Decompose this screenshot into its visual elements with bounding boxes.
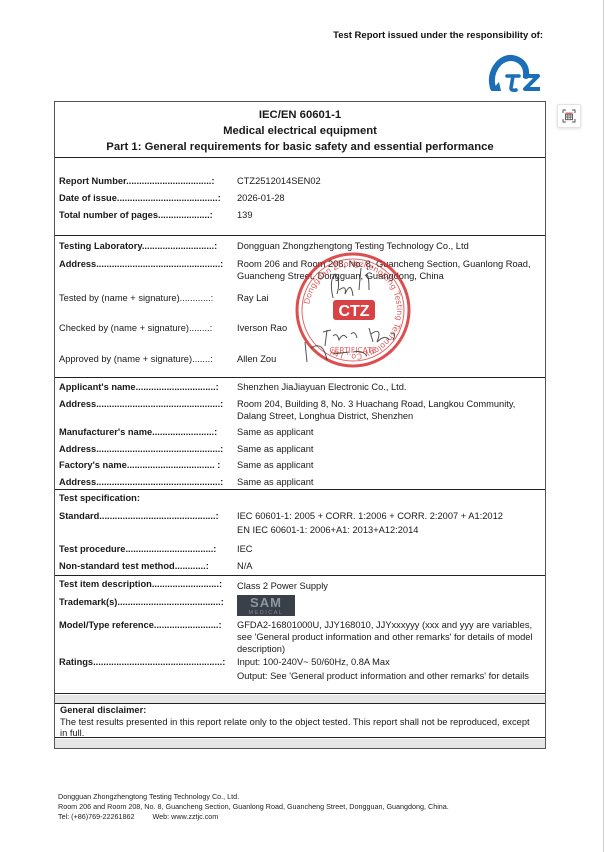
factory-address: Same as applicant [237, 476, 542, 488]
svg-text:CTZ: CTZ [338, 303, 369, 320]
report-title-section: IEC/EN 60601-1 Medical electrical equipm… [55, 102, 545, 158]
test-specification-section: Test specification: Standard............… [55, 490, 545, 576]
footer-contact: Tel: (+86)769-22261862 Web: www.zztjc.co… [58, 812, 449, 822]
equipment-title: Medical electrical equipment [55, 123, 545, 139]
footer-tel: Tel: (+86)769-22261862 [58, 812, 135, 821]
qr-code-icon [562, 109, 576, 123]
test-report-table: IEC/EN 60601-1 Medical electrical equipm… [54, 101, 546, 749]
non-standard-method: N/A [237, 560, 542, 572]
standard-title: IEC/EN 60601-1 [55, 107, 545, 123]
applicant-address: Room 204, Building 8, No. 3 Huachang Roa… [237, 398, 542, 422]
qr-code-button[interactable] [557, 104, 581, 128]
model-reference: GFDA2-16801000U, JJY168010, JJYxxxyyy (x… [237, 619, 542, 655]
applicant-section: Applicant's name........................… [55, 378, 545, 490]
part-title: Part 1: General requirements for basic s… [55, 139, 545, 155]
test-procedure: IEC [237, 543, 542, 555]
ratings: Input: 100-240V~ 50/60Hz, 0.8A Max Outpu… [237, 656, 542, 682]
date-of-issue: 2026-01-28 [237, 192, 542, 204]
standard-value: IEC 60601-1: 2005 + CORR. 1:2006 + CORR.… [237, 510, 542, 536]
footer-address: Room 206 and Room 208, No. 8, Guancheng … [58, 802, 449, 812]
responsibility-note: Test Report issued under the responsibil… [333, 30, 543, 41]
company-seal-stamp: Dongguan Zhongzhengtong Testing Technolo… [293, 250, 413, 370]
manufacturer-name: Same as applicant [237, 426, 542, 438]
manufacturer-address: Same as applicant [237, 443, 542, 455]
footer-web: Web: www.zztjc.com [153, 812, 219, 821]
sam-medical-trademark-logo: SAM MEDICAL [237, 595, 295, 616]
disclaimer-text: The test results presented in this repor… [60, 717, 537, 740]
disclaimer-heading: General disclaimer: [60, 705, 537, 717]
test-item-section: Test item description...................… [55, 576, 545, 694]
page-edge-divider [603, 0, 604, 852]
page-footer: Dongguan Zhongzhengtong Testing Technolo… [58, 792, 449, 822]
applicant-name: Shenzhen JiaJiayuan Electronic Co., Ltd. [237, 381, 542, 393]
report-info-section: Report Number...........................… [55, 158, 545, 236]
factory-name: Same as applicant [237, 459, 542, 471]
report-number: CTZ2512014SEN02 [237, 175, 542, 187]
bottom-bar [55, 739, 545, 748]
footer-company: Dongguan Zhongzhengtong Testing Technolo… [58, 792, 449, 802]
total-pages: 139 [237, 209, 542, 221]
test-item-description: Class 2 Power Supply [237, 580, 542, 592]
ctz-logo-icon [487, 54, 545, 94]
disclaimer-section: General disclaimer: The test results pre… [55, 703, 545, 738]
